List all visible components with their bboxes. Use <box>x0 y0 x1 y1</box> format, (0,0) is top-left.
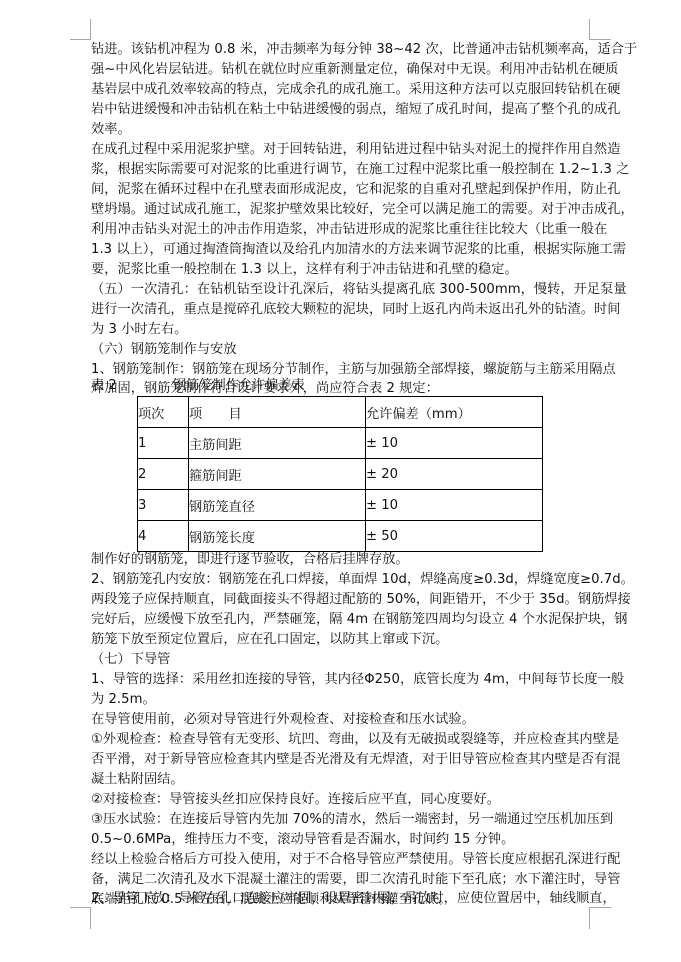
table-cell: ± 10 <box>366 428 543 459</box>
text-line: 1、导管的选择：采用丝扣连接的导管，其内径Φ250，底管长度为 4m，中间每节长… <box>91 670 591 690</box>
table-cell: 箍筋间距 <box>189 459 366 490</box>
text-line: 间，泥浆在循环过程中在孔壁表面形成泥皮，它和泥浆的自重对孔壁起到保护作用，防止孔 <box>91 180 591 200</box>
table-cell: ± 20 <box>366 459 543 490</box>
text-line: 利用冲击钻头对泥土的冲击作用造浆，冲击钻进形成的泥浆比重往往比较大（比重一般在 <box>91 220 591 240</box>
section-heading-6: （六）钢筋笼制作与安放 <box>91 340 591 360</box>
table-cell: 主筋间距 <box>189 428 366 459</box>
table-cell: ± 50 <box>366 521 543 552</box>
table-label: 表 2 <box>91 376 117 396</box>
table-cell: 钢筋笼直径 <box>189 490 366 521</box>
table-row: 4 钢筋笼长度 ± 50 <box>138 521 543 552</box>
text-line: 为 2.5m。 <box>91 690 591 710</box>
table-cell: ± 10 <box>366 490 543 521</box>
text-line: 1.3 以上），可通过掏渣筒掏渣以及给孔内加清水的方法来调节泥浆的比重，根据实际… <box>91 240 591 260</box>
table-title: 钢筋笼制作允许偏差表 <box>173 376 305 396</box>
text-line: 岩中钻进缓慢和冲击钻机在粘土中钻进缓慢的弱点，缩短了成孔时间，提高了整个孔的成孔 <box>91 100 591 120</box>
table-row: 3 钢筋笼直径 ± 10 <box>138 490 543 521</box>
text-line: 否平滑，对于新导管应检查其内壁是否光滑及有无焊渣，对于旧导管应检查其内壁是否有混 <box>91 750 591 770</box>
section-heading-7: （七）下导管 <box>91 650 591 670</box>
header-cell: 允许偏差（mm） <box>366 397 543 428</box>
text-line: 制作好的钢筋笼，即进行逐节验收，合格后挂牌存放。 <box>91 550 591 570</box>
table-row: 2 箍筋间距 ± 20 <box>138 459 543 490</box>
table-cell: 4 <box>138 521 189 552</box>
section-heading-5: （五）一次清孔：在钻机钻至设计孔深后，将钻头提离孔底 300-500mm，慢转，… <box>91 280 591 300</box>
margin-corner-top-right <box>589 19 611 40</box>
text-line: 经以上检验合格后方可投入使用，对于不合格导管应严禁使用。导管长度应根据孔深进行配 <box>91 850 591 870</box>
text-line: ③压水试验：在连接后导管内先加 70%的清水，然后一端密封，另一端通过空压机加压… <box>91 810 591 830</box>
header-cell: 项 目 <box>189 397 366 428</box>
margin-corner-top-left <box>70 19 91 40</box>
table-header-row: 项次 项 目 允许偏差（mm） <box>138 397 543 428</box>
table-cell: 钢筋笼长度 <box>189 521 366 552</box>
text-line: 基岩层中成孔效率较高的特点，完成余孔的成孔施工。采用这种方法可以克服回转钻机在硬 <box>91 80 591 100</box>
text-line: 完好后，应缓慢下放至孔内，严禁砸笼，隔 4m 在钢筋笼四周均匀设立 4 个水泥保… <box>91 610 591 630</box>
text-line: 0.5~0.6MPa，维持压力不变，滚动导管看是否漏水，时间约 15 分钟。 <box>91 830 591 850</box>
text-line: 备，满足二次清孔及水下混凝土灌注的需要，即二次清孔时能下至孔底；水下灌注时，导管 <box>91 870 591 890</box>
table-cell: 1 <box>138 428 189 459</box>
margin-corner-bottom-left <box>70 907 91 929</box>
text-line: 筋笼下放至预定位置后，应在孔口固定，以防其上窜或下沉。 <box>91 630 591 650</box>
text-line: 2、钢筋笼孔内安放：钢筋笼在孔口焊接，单面焊 10d，焊缝高度≥0.3d，焊缝宽… <box>91 570 591 590</box>
text-line: 进行一次清孔，重点是搅碎孔底较大颗粒的泥块，同时上返孔内尚未返出孔外的钻渣。时间 <box>91 300 591 320</box>
tolerance-table: 项次 项 目 允许偏差（mm） 1 主筋间距 ± 10 2 箍筋间距 ± 20 … <box>137 396 543 552</box>
text-line: 凝土粘附固结。 <box>91 770 591 790</box>
text-line: 效率。 <box>91 120 591 140</box>
text-line: 在导管使用前，必须对导管进行外观检查、对接检查和压水试验。 <box>91 710 591 730</box>
table-cell: 3 <box>138 490 189 521</box>
text-line: 壁坍塌。通过试成孔施工，泥浆护壁效果比较好，完全可以满足施工的需要。对于冲击成孔… <box>91 200 591 220</box>
table-cell: 2 <box>138 459 189 490</box>
text-line: ①外观检查：检查导管有无变形、坑凹、弯曲，以及有无破损或裂缝等，并应检查其内壁是 <box>91 730 591 750</box>
text-line: 要，泥浆比重一般控制在 1.3 以上，这样有利于冲击钻进和孔壁的稳定。 <box>91 260 591 280</box>
table-row: 1 主筋间距 ± 10 <box>138 428 543 459</box>
text-line: 为 3 小时左右。 <box>91 320 591 340</box>
text-line: ②对接检查：导管接头丝扣应保持良好。连接后应平直，同心度要好。 <box>91 790 591 810</box>
header-cell: 项次 <box>138 397 189 428</box>
text-line: 浆，根据实际需要可对泥浆的比重进行调节，在施工过程中泥浆比重一般控制在 1.2~… <box>91 160 591 180</box>
margin-corner-bottom-right <box>589 907 611 929</box>
text-line: 钻进。该钻机冲程为 0.8 米，冲击频率为每分钟 38~42 次，比普通冲击钻机… <box>91 40 591 60</box>
text-line: 2、导管下放：导管在孔口连接应牢固，设置密封圈，吊放时，应使位置居中，轴线顺直， <box>91 889 591 909</box>
text-line: 1、钢筋笼制作：钢筋笼在现场分节制作，主筋与加强筋全部焊接，螺旋筋与主筋采用隔点 <box>91 360 591 380</box>
document-page: 钻进。该钻机冲程为 0.8 米，冲击频率为每分钟 38~42 次，比普通冲击钻机… <box>0 0 681 962</box>
text-line: 强~中风化岩层钻进。钻机在就位时应重新测量定位，确保对中无误。利用冲击钻机在硬质 <box>91 60 591 80</box>
text-line: 在成孔过程中采用泥浆护壁。对于回转钻进，利用钻进过程中钻头对泥土的搅拌作用自然造 <box>91 140 591 160</box>
text-line: 两段笼子应保持顺直，同截面接头不得超过配筋的 50%，间距错开，不少于 35d。… <box>91 590 591 610</box>
